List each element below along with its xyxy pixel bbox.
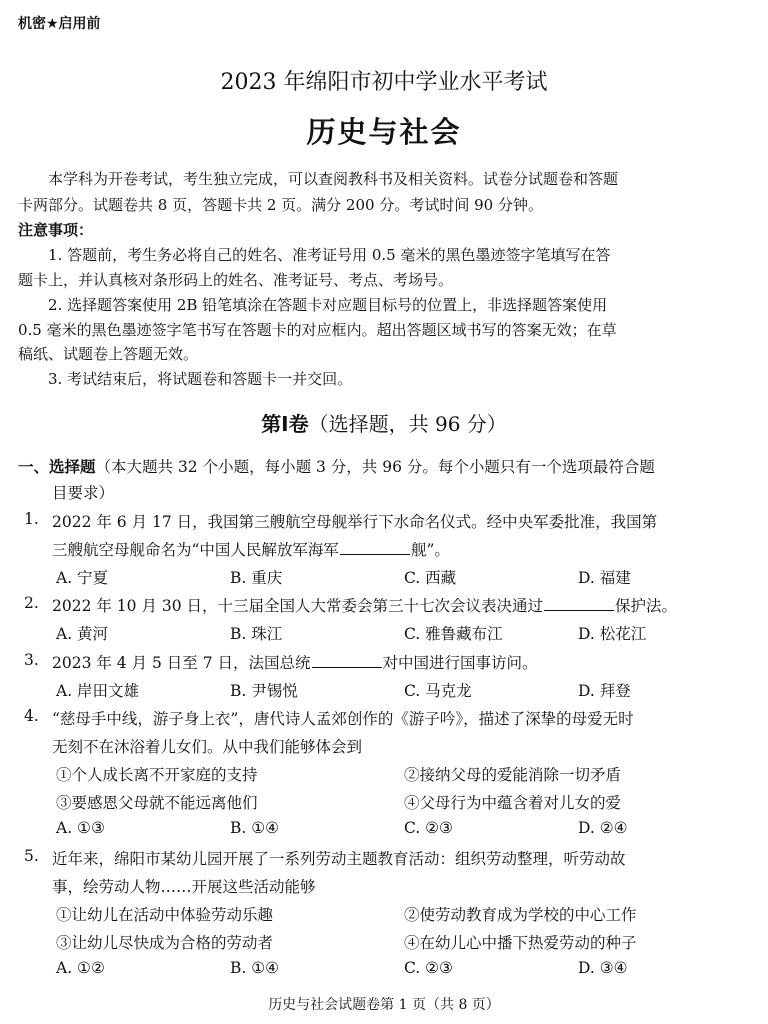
question-4-line-1: “慈母手中线，游子身上衣”，唐代诗人孟郊创作的《游子吟》，描述了深挚的母爱无时	[52, 707, 634, 729]
question-1-text-post: 舰”。	[411, 541, 450, 559]
question-5-statement-3: ③让幼儿尽快成为合格的劳动者	[56, 931, 273, 953]
question-2-text-post: 保护法。	[615, 597, 677, 615]
question-5-statement-4: ④在幼儿心中播下热爱劳动的种子	[404, 931, 637, 953]
question-4-option-a: A. ①③	[56, 819, 105, 837]
question-5-line-2: 事，绘劳动人物……开展这些活动能够	[52, 875, 316, 897]
question-3-option-c: C. 马克龙	[404, 679, 472, 701]
notice-item-2-line-1: 2. 选择题答案使用 2B 铅笔填涂在答题卡对应题目标号的位置上，非选择题答案使…	[48, 294, 607, 315]
answer-blank	[312, 653, 382, 668]
question-2-number: 2.	[24, 594, 39, 612]
question-4-statement-2: ②接纳父母的爱能消除一切矛盾	[404, 763, 621, 785]
question-1-line-2: 三艘航空母舰命名为“中国人民解放军海军舰”。	[52, 538, 450, 560]
question-3-option-d: D. 拜登	[578, 679, 631, 701]
answer-blank	[544, 596, 614, 611]
question-5-statement-2: ②使劳动教育成为学校的中心工作	[404, 903, 637, 925]
question-5-option-c: C. ②③	[404, 959, 453, 977]
question-1-text-pre: 三艘航空母舰命名为“中国人民解放军海军	[52, 541, 339, 559]
question-1-line-1: 2022 年 6 月 17 日，我国第三艘航空母舰举行下水命名仪式。经中央军委批…	[52, 510, 657, 532]
section-prefix: 第Ⅰ卷	[261, 412, 308, 436]
notice-heading: 注意事项：	[18, 219, 93, 240]
question-2-option-d: D. 松花江	[578, 622, 646, 644]
question-4-statement-4: ④父母行为中蕴含着对儿女的爱	[404, 791, 621, 813]
question-1-number: 1.	[24, 510, 39, 528]
section-rest: （选择题，共 96 分）	[309, 412, 507, 436]
question-4-statement-3: ③要感恩父母就不能远离他们	[56, 791, 258, 813]
part-one-heading: 一、选择题（本大题共 32 个小题，每小题 3 分，共 96 分。每个小题只有一…	[18, 455, 655, 477]
section-heading: 第Ⅰ卷（选择题，共 96 分）	[0, 408, 768, 437]
question-5-number: 5.	[24, 847, 39, 865]
notice-item-1-line-2: 题卡上，并认真核对条形码上的姓名、准考证号、考点、考场号。	[18, 269, 453, 290]
notice-item-2-line-3: 稿纸、试题卷上答题无效。	[18, 343, 198, 364]
notice-item-3-line-1: 3. 考试结束后，将试题卷和答题卡一并交回。	[48, 368, 352, 389]
question-5-option-b: B. ①④	[230, 959, 279, 977]
question-1-option-c: C. 西藏	[404, 566, 456, 588]
question-3-option-b: B. 尹锡悦	[230, 679, 298, 701]
question-2-text-pre: 2022 年 10 月 30 日，十三届全国人大常委会第三十七次会议表决通过	[52, 597, 543, 615]
question-1-option-d: D. 福建	[578, 566, 631, 588]
question-4-option-c: C. ②③	[404, 819, 453, 837]
page-footer: 历史与社会试题卷第 1 页（共 8 页）	[0, 994, 768, 1014]
notice-item-1-line-1: 1. 答题前，考生务必将自己的姓名、准考证号用 0.5 毫米的黑色墨迹签字笔填写…	[48, 244, 610, 265]
question-4-option-d: D. ②④	[578, 819, 628, 837]
confidential-label: 机密★启用前	[18, 13, 101, 33]
question-1-option-b: B. 重庆	[230, 566, 282, 588]
question-5-line-1: 近年来，绵阳市某幼儿园开展了一系列劳动主题教育活动：组织劳动整理，听劳动故	[52, 847, 626, 869]
question-3-option-a: A. 岸田文雄	[56, 679, 139, 701]
question-1-option-a: A. 宁夏	[56, 566, 108, 588]
intro-line-2: 卡两部分。试题卷共 8 页，答题卡共 2 页。满分 200 分。考试时间 90 …	[18, 194, 543, 215]
question-5-option-a: A. ①②	[56, 959, 105, 977]
question-4-statement-1: ①个人成长离不开家庭的支持	[56, 763, 258, 785]
part-one-desc-2: 目要求）	[52, 481, 114, 503]
question-2-line-1: 2022 年 10 月 30 日，十三届全国人大常委会第三十七次会议表决通过保护…	[52, 594, 677, 616]
question-4-number: 4.	[24, 707, 39, 725]
question-4-option-b: B. ①④	[230, 819, 279, 837]
question-5-statement-1: ①让幼儿在活动中体验劳动乐趣	[56, 903, 273, 925]
exam-title: 2023 年绵阳市初中学业水平考试	[0, 65, 768, 96]
question-2-option-b: B. 珠江	[230, 622, 282, 644]
answer-blank	[340, 540, 410, 555]
notice-item-2-line-2: 0.5 毫米的黑色墨迹签字笔书写在答题卡的对应框内。超出答题区域书写的答案无效；…	[18, 319, 617, 340]
question-3-line-1: 2023 年 4 月 5 日至 7 日，法国总统对中国进行国事访问。	[52, 651, 538, 673]
part-one-desc: （本大题共 32 个小题，每小题 3 分，共 96 分。每个小题只有一个选项最符…	[96, 458, 655, 476]
question-5-option-d: D. ③④	[578, 959, 628, 977]
part-one-label: 一、选择题	[18, 458, 96, 476]
question-2-option-a: A. 黄河	[56, 622, 108, 644]
question-2-option-c: C. 雅鲁藏布江	[404, 622, 503, 644]
intro-line-1: 本学科为开卷考试，考生独立完成，可以查阅教科书及相关资料。试卷分试题卷和答题	[48, 168, 618, 189]
question-4-line-2: 无刻不在沐浴着儿女们。从中我们能够体会到	[52, 735, 362, 757]
question-3-text-pre: 2023 年 4 月 5 日至 7 日，法国总统	[52, 654, 311, 672]
subject-title: 历史与社会	[0, 110, 768, 151]
question-3-number: 3.	[24, 651, 39, 669]
question-3-text-post: 对中国进行国事访问。	[383, 654, 538, 672]
